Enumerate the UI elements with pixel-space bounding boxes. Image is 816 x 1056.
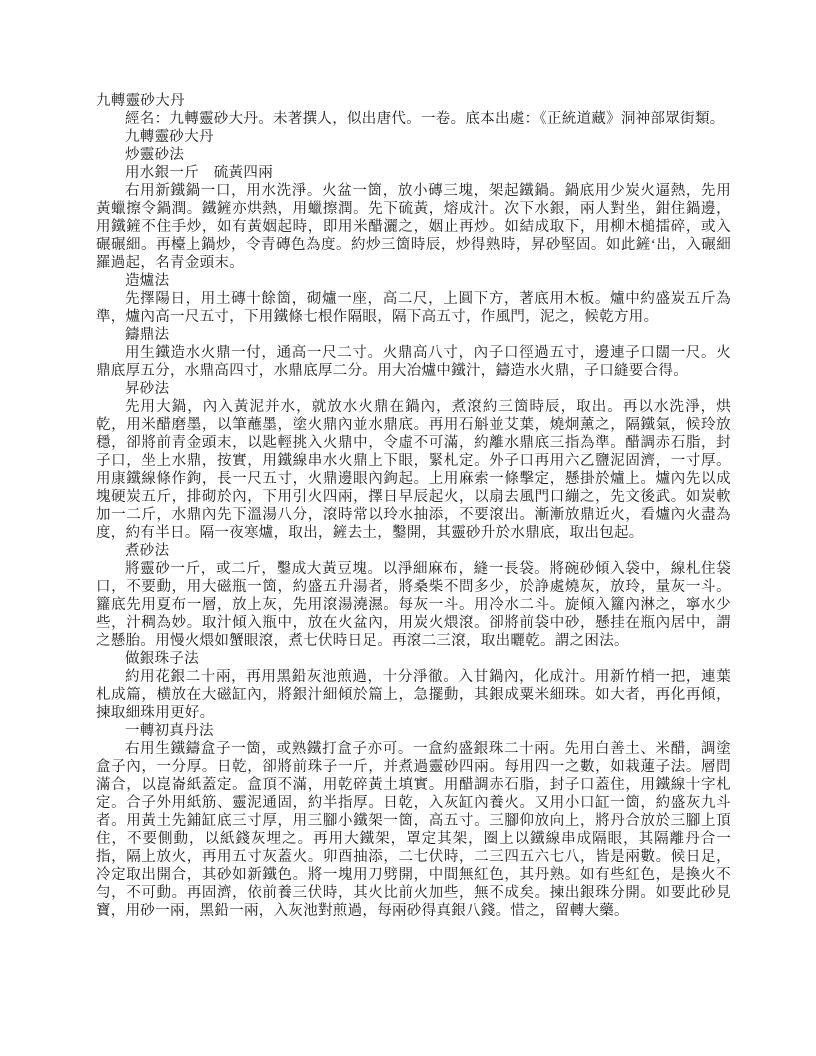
paragraph: 右用生鐵鑄盒子一箇，或熟鐵打盒子亦可。一盒約盛銀珠二十兩。先用白善土、米醋，調塗… [96, 740, 731, 920]
section-heading: 炒靈砂法 [96, 146, 731, 164]
document-title: 九轉靈砂大丹 [96, 92, 731, 110]
section-heading: 造爐法 [96, 272, 731, 290]
document-body: 經名：九轉靈砂大丹。未著撰人，似出唐代。一卷。底本出處：《正統道藏》洞神部眾街類… [96, 110, 731, 920]
paragraph: 約用花銀二十兩，再用黑鉛灰池煎過，十分淨徹。入甘鍋內，化成汁。用新竹梢一把，連葉… [96, 668, 731, 722]
section-heading: 昇砂法 [96, 380, 731, 398]
document-subtitle: 九轉靈砂大丹 [96, 128, 731, 146]
colophon-line: 經名：九轉靈砂大丹。未著撰人，似出唐代。一卷。底本出處：《正統道藏》洞神部眾街類… [96, 110, 731, 128]
section-heading: 做銀珠子法 [96, 650, 731, 668]
page: 九轉靈砂大丹 經名：九轉靈砂大丹。未著撰人，似出唐代。一卷。底本出處：《正統道藏… [0, 0, 816, 1056]
ingredients-line: 用水銀一斤 硫黃四兩 [96, 164, 731, 182]
paragraph: 用生鐵造水火鼎一付，通高一尺二寸。火鼎高八寸，內子口徑過五寸，邊連子口闊一尺。火… [96, 344, 731, 380]
paragraph: 先擇陽日，用土磚十餘箇，砌爐一座，高二尺，上圓下方，著底用木板。爐中約盛炭五斤為… [96, 290, 731, 326]
paragraph: 將靈砂一斤，或二斤，鑿成大黃豆塊。以淨細麻布，縫一長袋。將碗砂傾入袋中，線札住袋… [96, 560, 731, 650]
paragraph: 右用新鐵鍋一口，用水洗淨。火盆一箇，放小磚三塊，架起鐵鍋。鍋底用少炭火逼熱，先用… [96, 182, 731, 272]
section-heading: 一轉初真丹法 [96, 722, 731, 740]
paragraph: 先用大鍋，內入黃泥并水，就放水火鼎在鍋內，煮滾約三箇時辰，取出。再以水洗淨，烘乾… [96, 398, 731, 542]
section-heading: 鑄鼎法 [96, 326, 731, 344]
section-heading: 煮砂法 [96, 542, 731, 560]
